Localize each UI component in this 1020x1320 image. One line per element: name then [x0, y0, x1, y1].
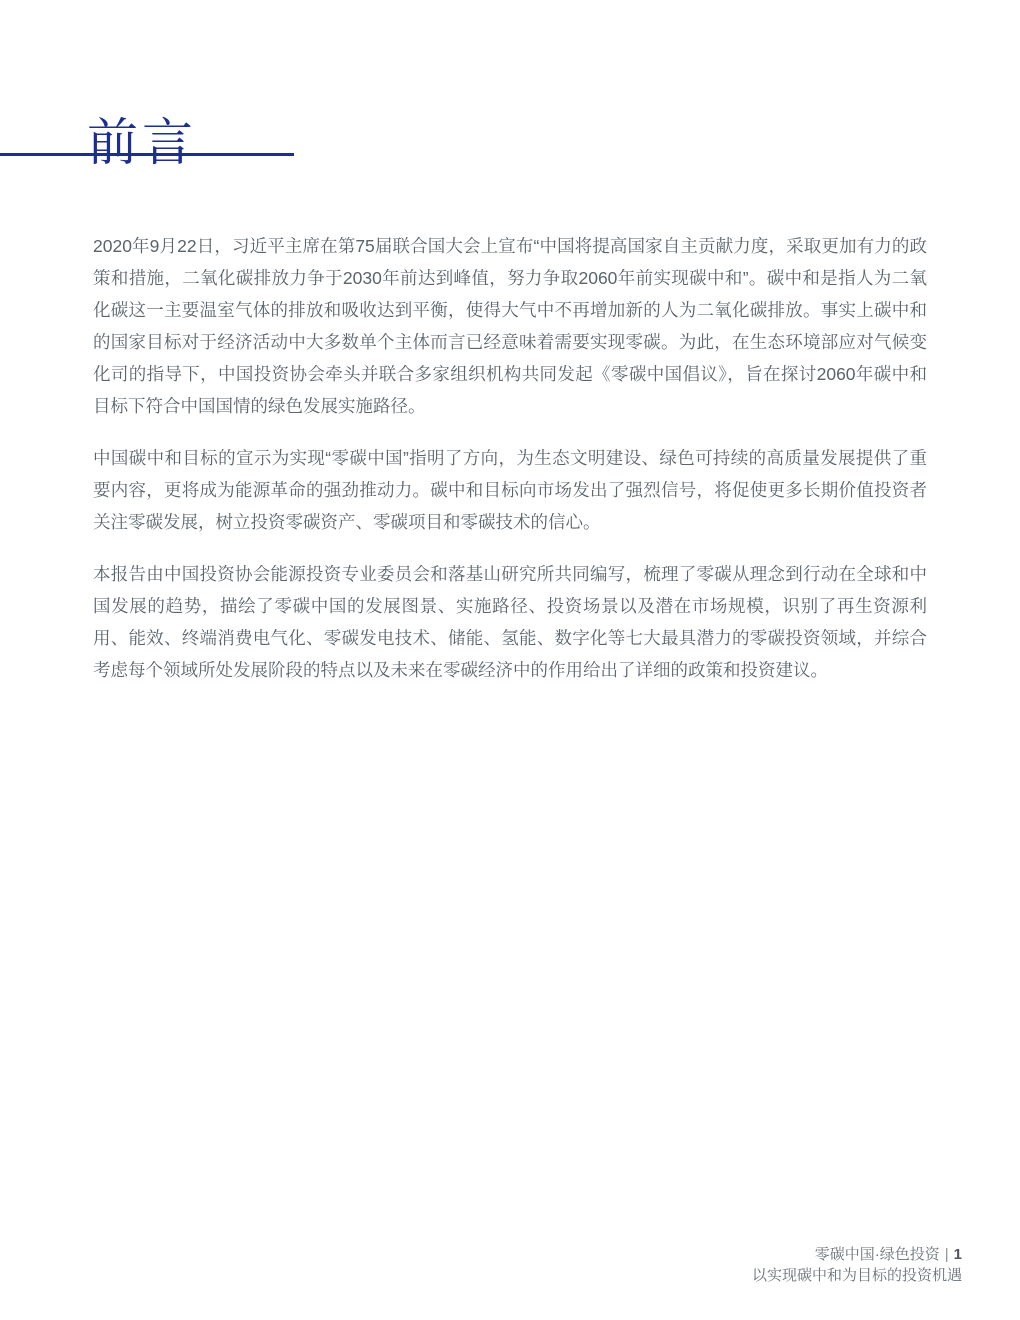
footer-title-line: 零碳中国·绿色投资|1 — [752, 1244, 962, 1265]
page-title: 前言 — [87, 114, 197, 173]
title-underline-rule — [0, 153, 294, 156]
body-text: 2020年9月22日，习近平主席在第75届联合国大会上宣布“中国将提高国家自主贡… — [93, 230, 927, 706]
page-footer: 零碳中国·绿色投资|1 以实现碳中和为目标的投资机遇 — [752, 1244, 962, 1286]
footer-separator: | — [945, 1246, 949, 1263]
report-title: 零碳中国·绿色投资 — [815, 1246, 940, 1263]
page-number: 1 — [954, 1246, 962, 1263]
paragraph: 本报告由中国投资协会能源投资专业委员会和落基山研究所共同编写，梳理了零碳从理念到… — [93, 558, 927, 686]
document-page: 前言 2020年9月22日，习近平主席在第75届联合国大会上宣布“中国将提高国家… — [0, 0, 1020, 1320]
paragraph: 2020年9月22日，习近平主席在第75届联合国大会上宣布“中国将提高国家自主贡… — [93, 230, 927, 422]
report-subtitle: 以实现碳中和为目标的投资机遇 — [752, 1265, 962, 1286]
paragraph: 中国碳中和目标的宣示为实现“零碳中国”指明了方向，为生态文明建设、绿色可持续的高… — [93, 442, 927, 538]
